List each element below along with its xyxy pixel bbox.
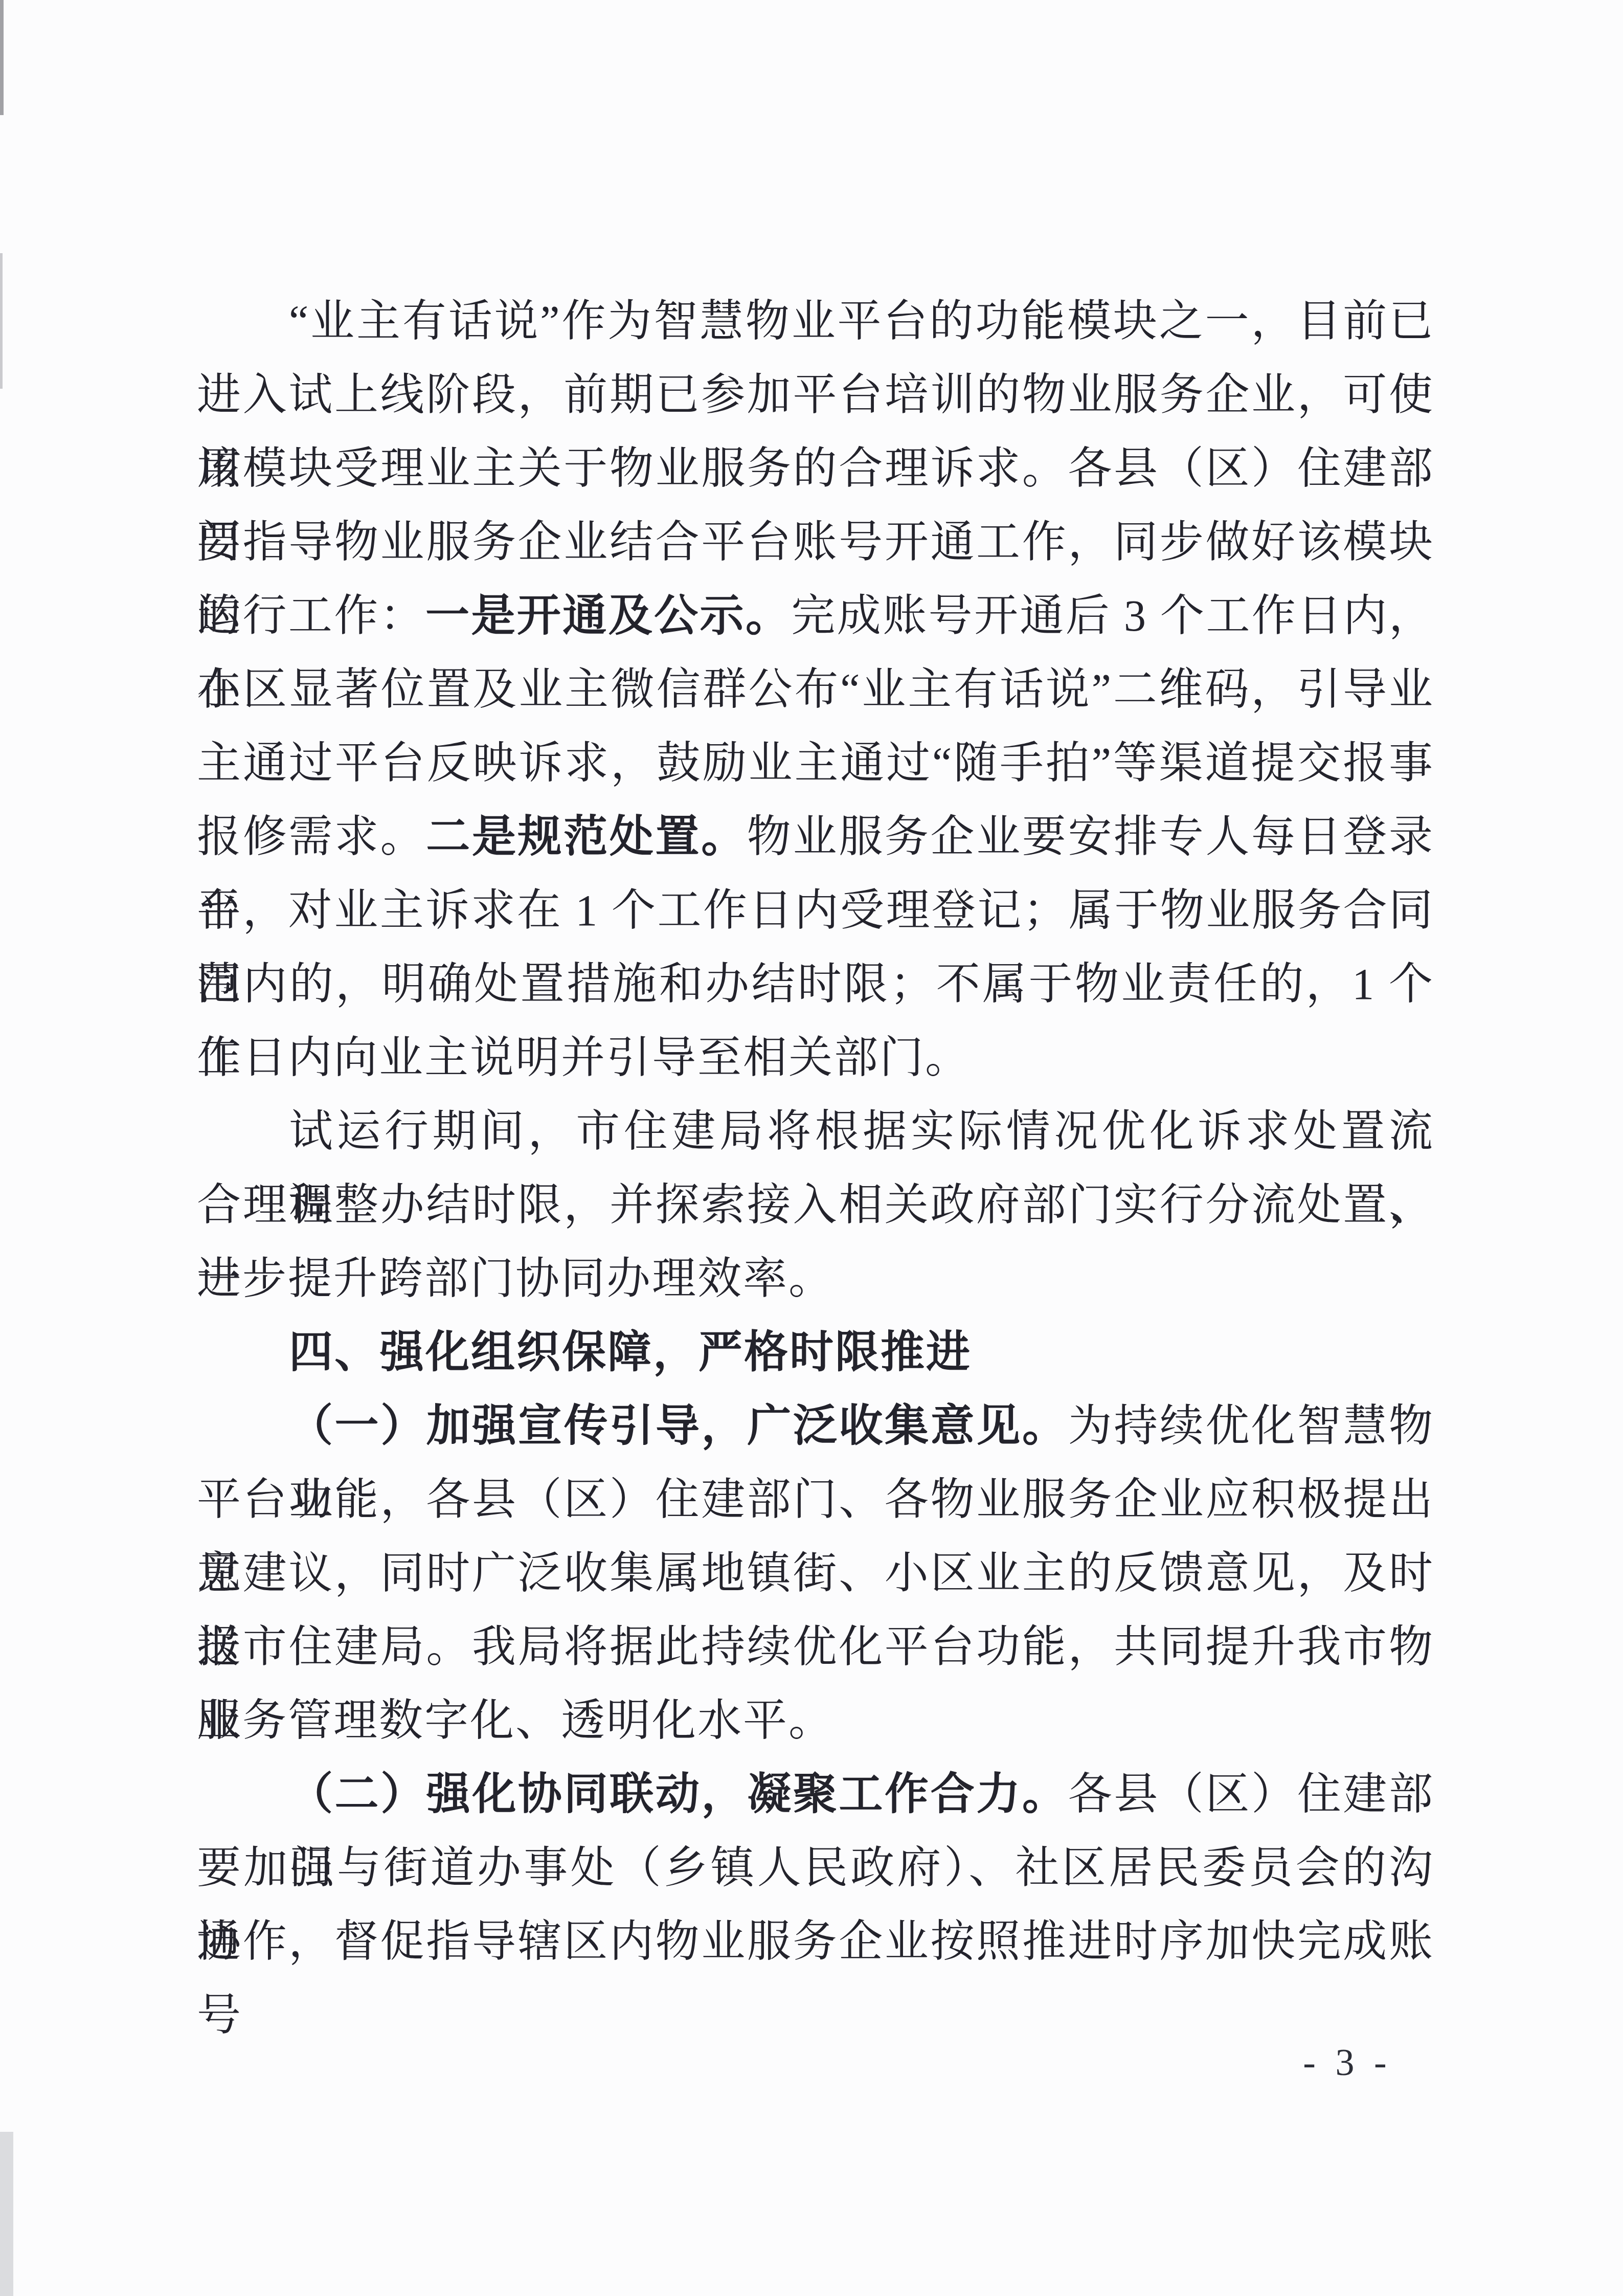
text-run: 主通过平台反映诉求，鼓励业主通过“随手拍”等渠道提交报事	[197, 739, 1434, 788]
text-run: 小区显著位置及业主微信群公布“业主有话说”二维码，引导业	[197, 665, 1434, 714]
text-line: 台，对业主诉求在 1 个工作日内受理登记；属于物业服务合同范	[197, 874, 1434, 947]
scan-edge-artifact-bottom	[0, 2132, 13, 2296]
text-line: 协作，督促指导辖区内物业服务企业按照推进时序加快完成账号	[197, 1905, 1434, 1978]
text-line: 一步提升跨部门协同办理效率。	[197, 1242, 1434, 1316]
subheading-text-run: （一）加强宣传引导，广泛收集意见。	[289, 1401, 1068, 1451]
text-run: 协作，督促指导辖区内物业服务企业按照推进时序加快完成账号	[197, 1917, 1434, 2040]
text-line: 要加强与街道办事处（乡镇人民政府）、社区居民委员会的沟通	[197, 1831, 1434, 1905]
scanned-document-page: “业主有话说”作为智慧物业平台的功能模块之一，目前已进入试上线阶段，前期已参加平…	[0, 0, 1623, 2296]
text-line: 小区显著位置及业主微信群公布“业主有话说”二维码，引导业	[197, 653, 1434, 726]
text-line: 试运行期间，市住建局将根据实际情况优化诉求处置流程、	[197, 1095, 1434, 1168]
text-line: （一）加强宣传引导，广泛收集意见。为持续优化智慧物业	[197, 1389, 1434, 1463]
text-line: 报修需求。二是规范处置。物业服务企业要安排专人每日登录平	[197, 800, 1434, 874]
text-line: 合理调整办结时限，并探索接入相关政府部门实行分流处置，进	[197, 1168, 1434, 1242]
text-run: “业主有话说”作为智慧物业平台的功能模块之一，目前已	[289, 297, 1434, 346]
text-line: 送市住建局。我局将据此持续优化平台功能，共同提升我市物业	[197, 1610, 1434, 1684]
scan-edge-artifact-middle	[0, 253, 3, 389]
text-line: 围内的，明确处置措施和办结时限；不属于物业责任的，1 个工	[197, 947, 1434, 1021]
bold-text-run: 二是规范处置。	[426, 812, 747, 861]
subheading-text-run: （二）强化协同联动，凝聚工作合力。	[289, 1770, 1068, 1819]
text-line: （二）强化协同联动，凝聚工作合力。各县（区）住建部门	[197, 1757, 1434, 1831]
text-line: 要指导物业服务企业结合平台账号开通工作，同步做好该模块的	[197, 505, 1434, 579]
bold-text-run: 四、强化组织保障，严格时限推进	[289, 1328, 972, 1377]
text-run: 作日内向业主说明并引导至相关部门。	[197, 1033, 971, 1082]
document-body: “业主有话说”作为智慧物业平台的功能模块之一，目前已进入试上线阶段，前期已参加平…	[197, 284, 1434, 1978]
scan-edge-artifact-top	[0, 0, 4, 115]
text-line: 运行工作：一是开通及公示。完成账号开通后 3 个工作日内，在	[197, 579, 1434, 653]
text-line: 见建议，同时广泛收集属地镇街、小区业主的反馈意见，及时报	[197, 1536, 1434, 1610]
text-run: 一步提升跨部门协同办理效率。	[197, 1254, 834, 1303]
text-run: 服务管理数字化、透明化水平。	[197, 1696, 834, 1745]
text-line: “业主有话说”作为智慧物业平台的功能模块之一，目前已	[197, 284, 1434, 358]
text-run: 运行工作：	[197, 591, 425, 640]
text-run: 报修需求。	[197, 812, 426, 861]
text-line: 平台功能，各县（区）住建部门、各物业服务企业应积极提出意	[197, 1463, 1434, 1536]
text-line: 四、强化组织保障，严格时限推进	[197, 1316, 1434, 1389]
text-line: 作日内向业主说明并引导至相关部门。	[197, 1021, 1434, 1095]
text-line: 服务管理数字化、透明化水平。	[197, 1684, 1434, 1757]
bold-text-run: 一是开通及公示。	[425, 591, 791, 640]
text-line: 进入试上线阶段，前期已参加平台培训的物业服务企业，可使用	[197, 358, 1434, 432]
text-line: 主通过平台反映诉求，鼓励业主通过“随手拍”等渠道提交报事	[197, 726, 1434, 800]
text-line: 该模块受理业主关于物业服务的合理诉求。各县（区）住建部门	[197, 432, 1434, 505]
page-number: - 3 -	[1273, 2035, 1422, 2091]
